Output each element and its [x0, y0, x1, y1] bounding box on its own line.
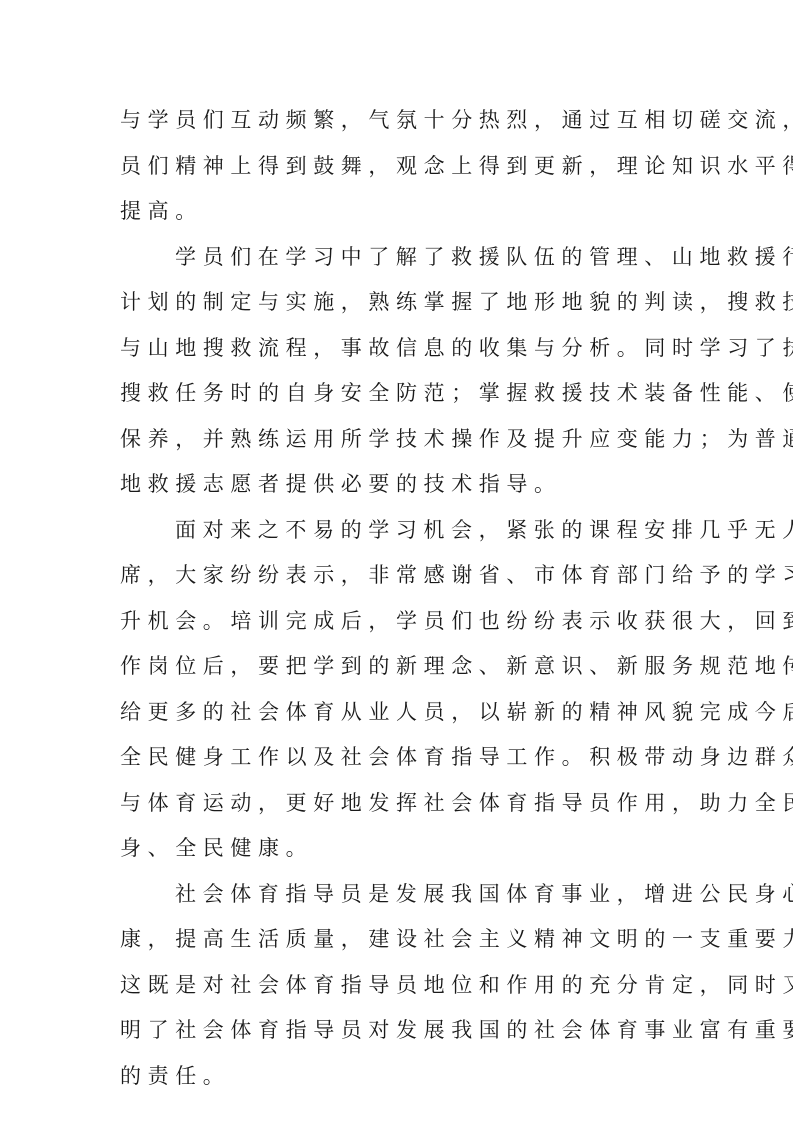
text-line: 席，大家纷纷表示，非常感谢省、市体育部门给予的学习提: [120, 553, 680, 599]
text-line: 与山地搜救流程，事故信息的收集与分析。同时学习了执行: [120, 326, 680, 372]
text-line: 面对来之不易的学习机会，紧张的课程安排几乎无人缺: [120, 508, 680, 554]
text-line: 与学员们互动频繁，气氛十分热烈，通过互相切磋交流，学: [120, 98, 680, 144]
text-line: 作岗位后，要把学到的新理念、新意识、新服务规范地传授: [120, 644, 680, 690]
text-line: 给更多的社会体育从业人员，以崭新的精神风貌完成今后的: [120, 690, 680, 736]
text-line: 社会体育指导员是发展我国体育事业，增进公民身心健: [120, 872, 680, 918]
text-line: 学员们在学习中了解了救援队伍的管理、山地救援行动: [120, 235, 680, 281]
document-page: 与学员们互动频繁，气氛十分热烈，通过互相切磋交流，学 员们精神上得到鼓舞，观念上…: [0, 0, 793, 1122]
text-line: 提高。: [120, 189, 680, 235]
text-line: 员们精神上得到鼓舞，观念上得到更新，理论知识水平得到: [120, 144, 680, 190]
text-line: 地救援志愿者提供必要的技术指导。: [120, 462, 680, 508]
paragraph-1-continued: 与学员们互动频繁，气氛十分热烈，通过互相切磋交流，学 员们精神上得到鼓舞，观念上…: [120, 98, 680, 235]
paragraph-4-instructor-role: 社会体育指导员是发展我国体育事业，增进公民身心健 康，提高生活质量，建设社会主义…: [120, 872, 680, 1100]
text-line: 的责任。: [120, 1054, 680, 1100]
paragraph-2-rescue-training: 学员们在学习中了解了救援队伍的管理、山地救援行动 计划的制定与实施，熟练掌握了地…: [120, 235, 680, 508]
text-line: 计划的制定与实施，熟练掌握了地形地貌的判读，搜救技巧: [120, 280, 680, 326]
text-line: 升机会。培训完成后，学员们也纷纷表示收获很大，回到工: [120, 599, 680, 645]
text-line: 全民健身工作以及社会体育指导工作。积极带动身边群众参: [120, 735, 680, 781]
text-line: 明了社会体育指导员对发展我国的社会体育事业富有重要: [120, 1008, 680, 1054]
text-line: 与体育运动，更好地发挥社会体育指导员作用，助力全民健: [120, 781, 680, 827]
text-line: 身、全民健康。: [120, 826, 680, 872]
text-line: 这既是对社会体育指导员地位和作用的充分肯定，同时又表: [120, 963, 680, 1009]
text-line: 保养，并熟练运用所学技术操作及提升应变能力；为普通山: [120, 417, 680, 463]
text-line: 康，提高生活质量，建设社会主义精神文明的一支重要力量。: [120, 917, 680, 963]
text-line: 搜救任务时的自身安全防范；掌握救援技术装备性能、使用、: [120, 371, 680, 417]
document-body: 与学员们互动频繁，气氛十分热烈，通过互相切磋交流，学 员们精神上得到鼓舞，观念上…: [120, 98, 680, 1099]
paragraph-3-learning-opportunity: 面对来之不易的学习机会，紧张的课程安排几乎无人缺 席，大家纷纷表示，非常感谢省、…: [120, 508, 680, 872]
